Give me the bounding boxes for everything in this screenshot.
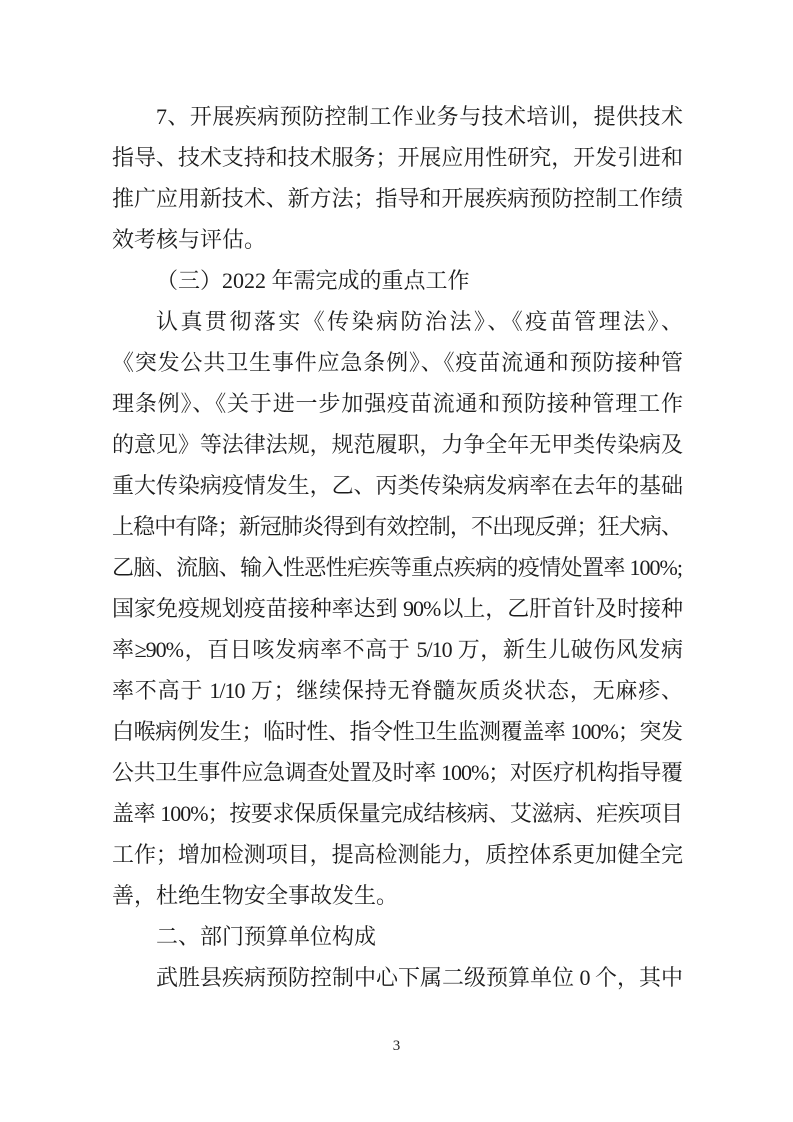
heading-section-three: （三）2022 年需完成的重点工作	[112, 260, 682, 301]
body-line: 推广应用新技术、新方法；指导和开展疾病预防控制工作绩	[112, 178, 682, 219]
body-line: 效考核与评估。	[112, 219, 682, 260]
heading-section-two: 二、部门预算单位构成	[112, 916, 682, 957]
document-page: 7、开展疾病预防控制工作业务与技术培训，提供技术 指导、技术支持和技术服务；开展…	[0, 0, 793, 1122]
body-line: 指导、技术支持和技术服务；开展应用性研究，开发引进和	[112, 137, 682, 178]
body-line: 工作；增加检测项目，提高检测能力，质控体系更加健全完	[112, 834, 682, 875]
body-line: 武胜县疾病预防控制中心下属二级预算单位 0 个，其中	[112, 957, 682, 998]
body-line: 率不高于 1/10 万；继续保持无脊髓灰质炎状态，无麻疹、	[112, 670, 682, 711]
page-number: 3	[0, 1032, 793, 1060]
body-line: 重大传染病疫情发生，乙、丙类传染病发病率在去年的基础	[112, 465, 682, 506]
body-line: 乙脑、流脑、输入性恶性疟疾等重点疾病的疫情处置率 100%;	[112, 547, 682, 588]
body-line: 认真贯彻落实《传染病防治法》、《疫苗管理法》、	[112, 301, 682, 342]
body-line: 7、开展疾病预防控制工作业务与技术培训，提供技术	[112, 96, 682, 137]
body-line: 理条例》、《关于进一步加强疫苗流通和预防接种管理工作	[112, 383, 682, 424]
body-line: 善，杜绝生物安全事故发生。	[112, 875, 682, 916]
body-line: 公共卫生事件应急调查处置及时率 100%；对医疗机构指导覆	[112, 752, 682, 793]
body-line: 《突发公共卫生事件应急条例》、《疫苗流通和预防接种管	[112, 342, 682, 383]
body-line: 国家免疫规划疫苗接种率达到 90%以上，乙肝首针及时接种	[112, 588, 682, 629]
body-line: 盖率 100%；按要求保质保量完成结核病、艾滋病、疟疾项目	[112, 793, 682, 834]
body-line: 白喉病例发生；临时性、指令性卫生监测覆盖率 100%；突发	[112, 711, 682, 752]
body-line: 上稳中有降；新冠肺炎得到有效控制，不出现反弹；狂犬病、	[112, 506, 682, 547]
body-line: 率≥90%，百日咳发病率不高于 5/10 万，新生儿破伤风发病	[112, 629, 682, 670]
body-line: 的意见》等法律法规，规范履职，力争全年无甲类传染病及	[112, 424, 682, 465]
document-body: 7、开展疾病预防控制工作业务与技术培训，提供技术 指导、技术支持和技术服务；开展…	[112, 96, 682, 998]
